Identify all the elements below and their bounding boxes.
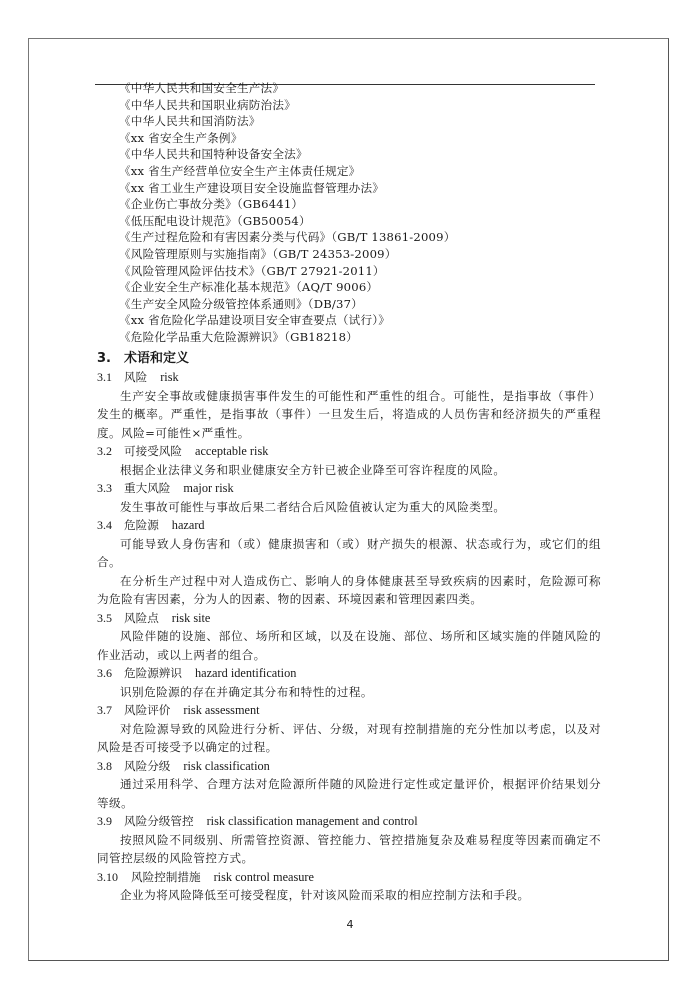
reference-item: 《中华人民共和国安全生产法》	[119, 80, 599, 97]
term-heading: 3.4危险源hazard	[97, 516, 601, 535]
reference-item: 《xx 省危险化学品建设项目安全审查要点（试行）》	[119, 312, 599, 329]
term-en: risk classification management and contr…	[207, 814, 418, 828]
term-number: 3.2	[97, 442, 124, 461]
reference-item: 《危险化学品重大危险源辨识》（GB18218）	[119, 329, 599, 346]
term-number: 3.10	[97, 868, 131, 887]
reference-item: 《中华人民共和国消防法》	[119, 113, 599, 130]
term-number: 3.5	[97, 609, 124, 628]
term-en: risk classification	[183, 759, 269, 773]
term-en: risk control measure	[214, 870, 314, 884]
reference-item: 《风险管理原则与实施指南》（GB/T 24353-2009）	[119, 246, 599, 263]
term-en: acceptable risk	[195, 444, 268, 458]
term-cn: 重大风险	[124, 481, 170, 495]
reference-item: 《风险管理风险评估技术》（GB/T 27921-2011）	[119, 263, 599, 280]
term-cn: 危险源	[124, 518, 159, 532]
reference-item: 《生产过程危险和有害因素分类与代码》（GB/T 13861-2009）	[119, 229, 599, 246]
reference-item: 《xx 省安全生产条例》	[119, 130, 599, 147]
term-definition: 对危险源导致的风险进行分析、评估、分级，对现有控制措施的充分性加以考虑，以及对风…	[97, 720, 601, 757]
term-en: risk assessment	[183, 703, 259, 717]
reference-item: 《企业安全生产标准化基本规范》（AQ/T 9006）	[119, 279, 599, 296]
section-title: 术语和定义	[124, 351, 189, 366]
term-en: risk site	[172, 611, 211, 625]
term-cn: 风险分级管控	[124, 814, 194, 828]
term-heading: 3.7风险评价risk assessment	[97, 701, 601, 720]
section-terms-definitions: 3.术语和定义 3.1风险risk 生产安全事故或健康损害事件发生的可能性和严重…	[97, 349, 601, 905]
reference-item: 《生产安全风险分级管控体系通则》（DB/37）	[119, 296, 599, 313]
term-heading: 3.1风险risk	[97, 368, 601, 387]
term-cn: 可接受风险	[124, 444, 182, 458]
reference-item: 《中华人民共和国特种设备安全法》	[119, 146, 599, 163]
term-definition: 可能导致人身伤害和（或）健康损害和（或）财产损失的根源、状态或行为，或它们的组合…	[97, 535, 601, 572]
term-number: 3.8	[97, 757, 124, 776]
term-definition: 通过采用科学、合理方法对危险源所伴随的风险进行定性或定量评价，根据评价结果划分等…	[97, 775, 601, 812]
reference-item: 《xx 省工业生产建设项目安全设施监督管理办法》	[119, 180, 599, 197]
term-number: 3.6	[97, 664, 124, 683]
section-number: 3.	[97, 349, 124, 368]
section-heading: 3.术语和定义	[97, 349, 601, 368]
term-definition: 生产安全事故或健康损害事件发生的可能性和严重性的组合。可能性，是指事故（事件）发…	[97, 387, 601, 443]
term-definition: 按照风险不同级别、所需管控资源、管控能力、管控措施复杂及难易程度等因素而确定不同…	[97, 831, 601, 868]
term-heading: 3.5风险点risk site	[97, 609, 601, 628]
term-cn: 风险评价	[124, 703, 170, 717]
term-heading: 3.6危险源辨识hazard identification	[97, 664, 601, 683]
term-definition: 根据企业法律义务和职业健康安全方针已被企业降至可容许程度的风险。	[97, 461, 601, 480]
term-heading: 3.8风险分级risk classification	[97, 757, 601, 776]
term-number: 3.7	[97, 701, 124, 720]
term-cn: 风险分级	[124, 759, 170, 773]
term-definition: 识别危险源的存在并确定其分布和特性的过程。	[97, 683, 601, 702]
term-definition: 企业为将风险降低至可接受程度，针对该风险而采取的相应控制方法和手段。	[97, 886, 601, 905]
reference-item: 《低压配电设计规范》（GB50054）	[119, 213, 599, 230]
term-heading: 3.2可接受风险acceptable risk	[97, 442, 601, 461]
term-number: 3.9	[97, 812, 124, 831]
term-heading: 3.9风险分级管控risk classification management …	[97, 812, 601, 831]
term-en: hazard	[172, 518, 205, 532]
term-cn: 危险源辨识	[124, 666, 182, 680]
reference-list: 《中华人民共和国安全生产法》 《中华人民共和国职业病防治法》 《中华人民共和国消…	[119, 80, 599, 346]
term-number: 3.3	[97, 479, 124, 498]
term-en: major risk	[183, 481, 233, 495]
term-cn: 风险	[124, 370, 147, 384]
page-number: 4	[0, 918, 700, 931]
term-cn: 风险控制措施	[131, 870, 201, 884]
reference-item: 《中华人民共和国职业病防治法》	[119, 97, 599, 114]
reference-item: 《企业伤亡事故分类》（GB6441）	[119, 196, 599, 213]
term-en: hazard identification	[195, 666, 296, 680]
term-en: risk	[160, 370, 178, 384]
term-number: 3.1	[97, 368, 124, 387]
term-definition: 在分析生产过程中对人造成伤亡、影响人的身体健康甚至导致疾病的因素时，危险源可称为…	[97, 572, 601, 609]
term-heading: 3.3重大风险major risk	[97, 479, 601, 498]
term-cn: 风险点	[124, 611, 159, 625]
term-number: 3.4	[97, 516, 124, 535]
reference-item: 《xx 省生产经营单位安全生产主体责任规定》	[119, 163, 599, 180]
term-heading: 3.10风险控制措施risk control measure	[97, 868, 601, 887]
term-definition: 发生事故可能性与事故后果二者结合后风险值被认定为重大的风险类型。	[97, 498, 601, 517]
term-definition: 风险伴随的设施、部位、场所和区域，以及在设施、部位、场所和区域实施的伴随风险的作…	[97, 627, 601, 664]
